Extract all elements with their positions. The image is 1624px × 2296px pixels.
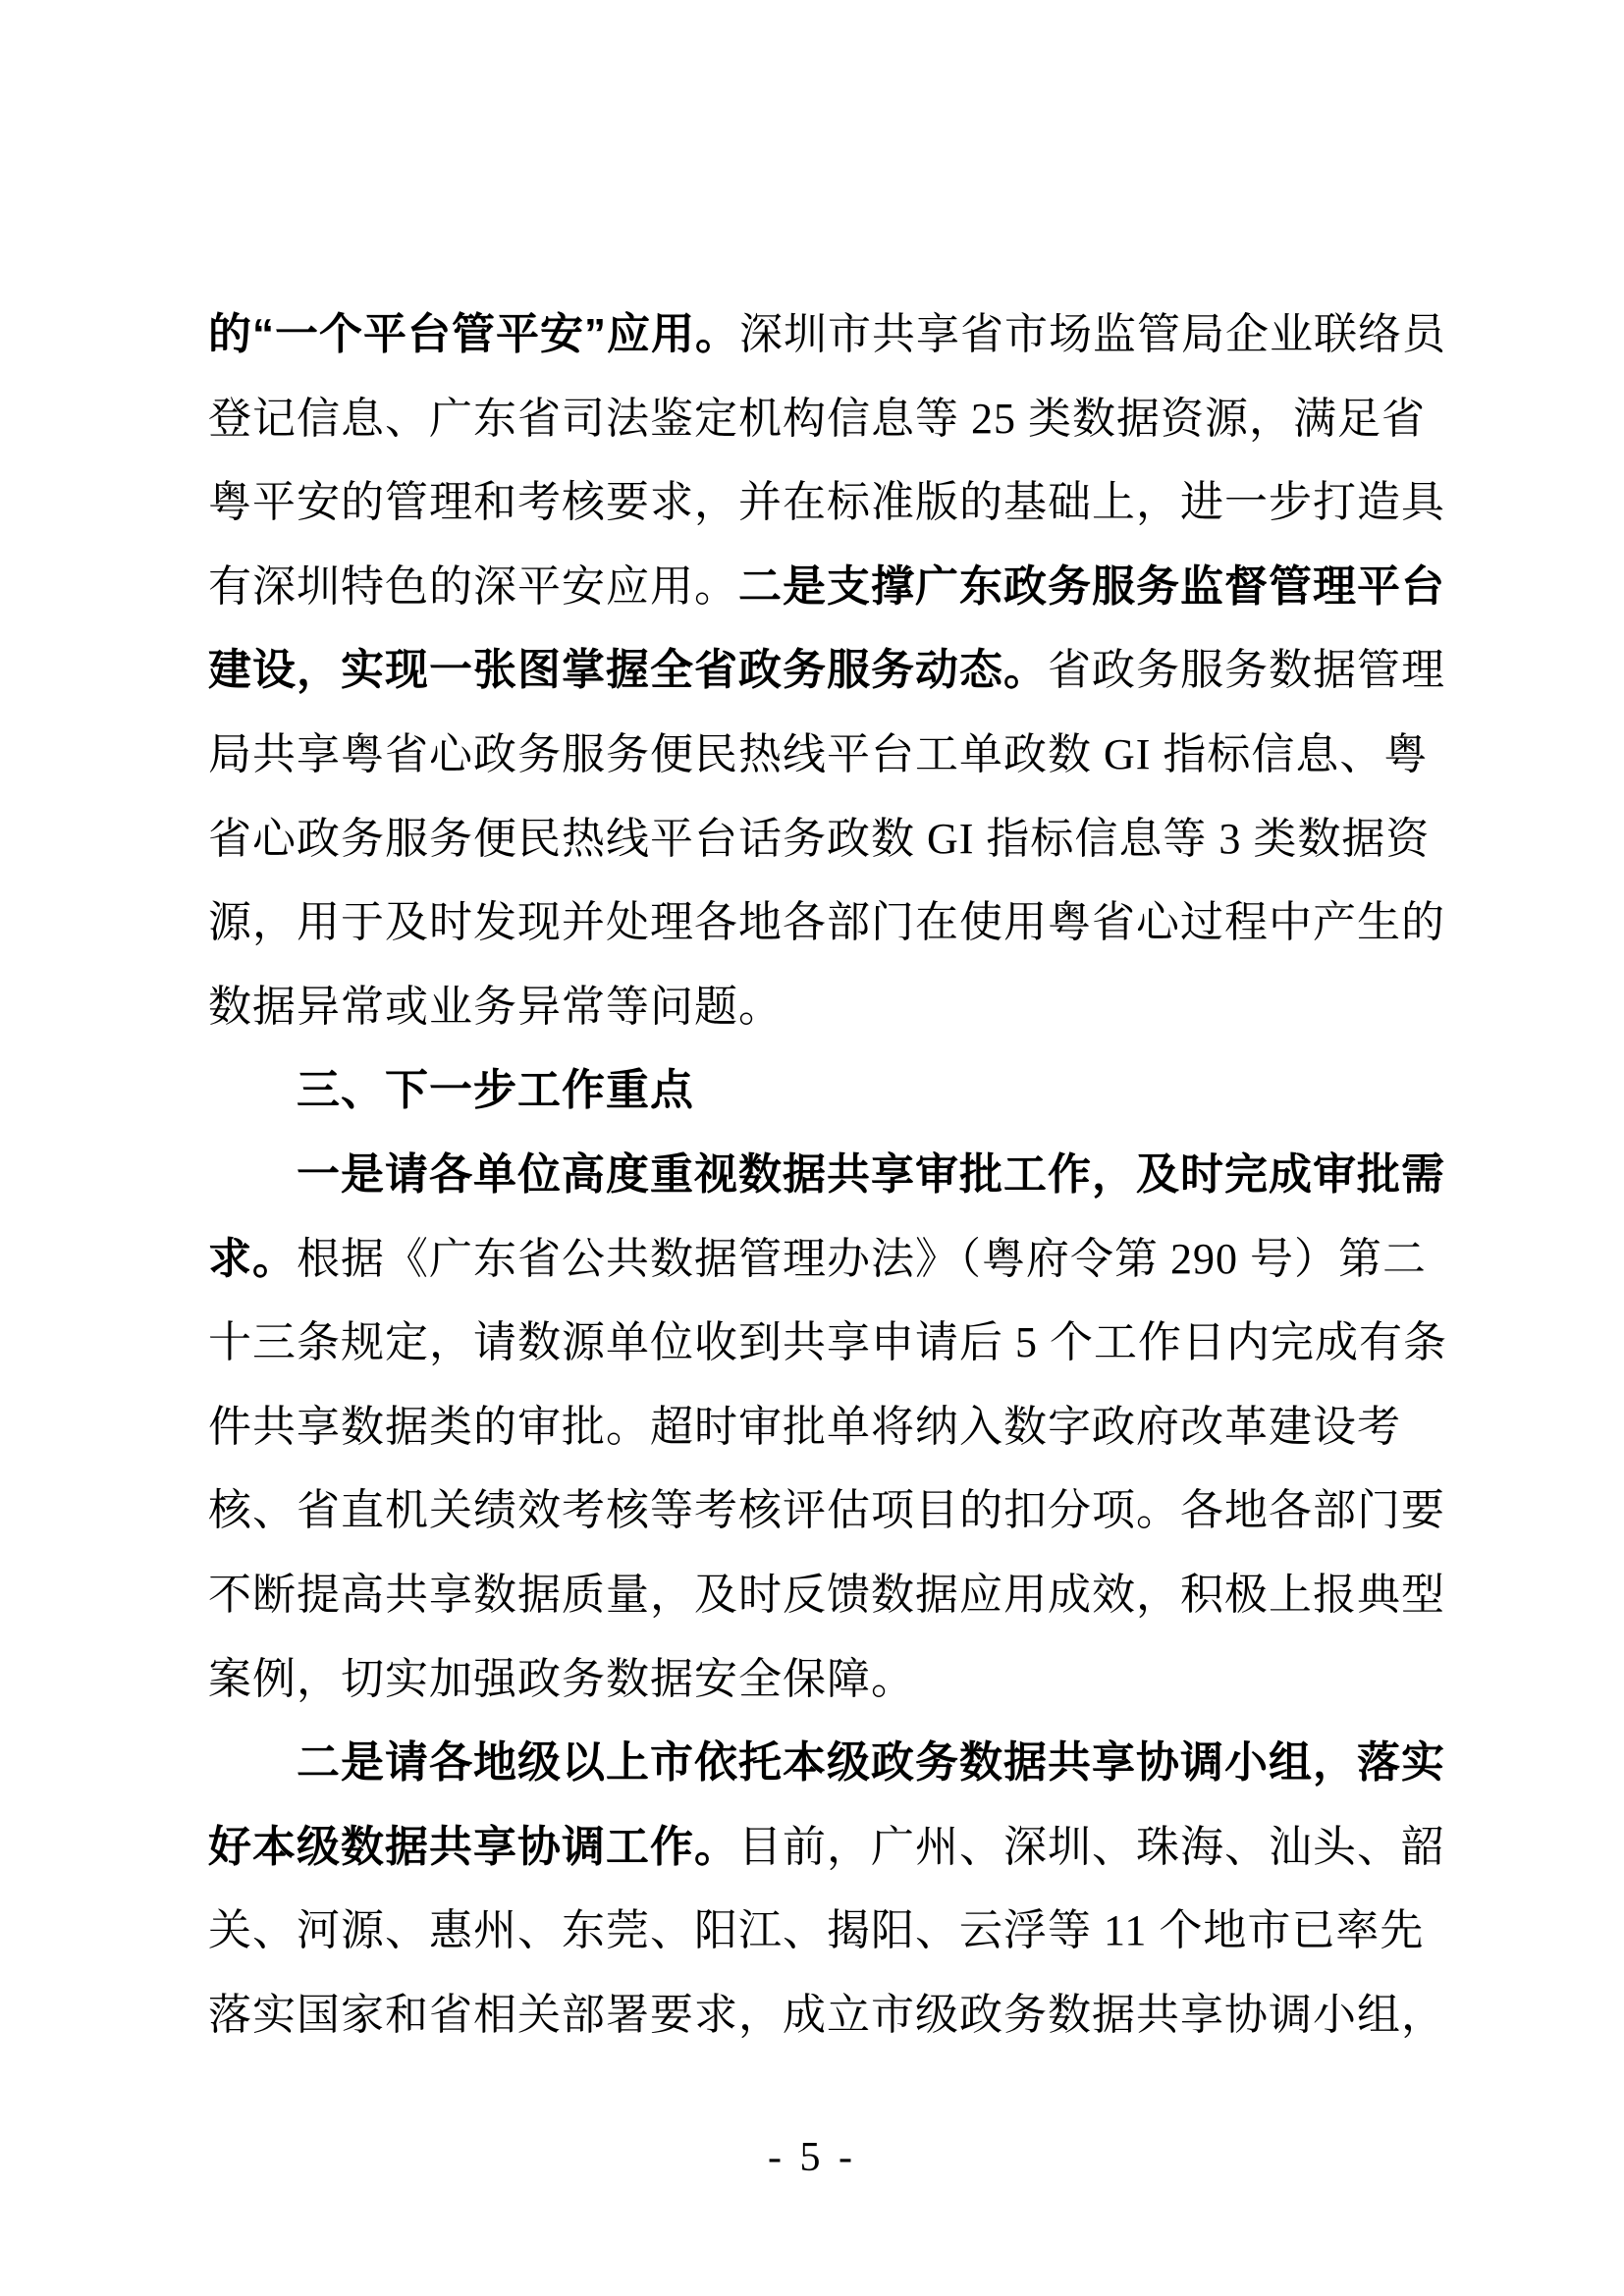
text-line: 案例，切实加强政务数据安全保障。 <box>208 1637 1420 1722</box>
text-line: 粤平安的管理和考核要求，并在标准版的基础上，进一步打造具 <box>208 460 1420 545</box>
section-heading: 三、下一步工作重点 <box>208 1048 1420 1133</box>
text-segment: 目前，广州、深圳、珠海、汕头、韶 <box>738 1823 1445 1871</box>
text-segment: 粤平安的管理和考核要求，并在标准版的基础上，进一步打造具 <box>208 478 1445 526</box>
document-body: 的“一个平台管平安”应用。深圳市共享省市场监管局企业联络员 登记信息、广东省司法… <box>208 293 1420 2056</box>
text-segment: 源，用于及时发现并处理各地各部门在使用粤省心过程中产生的 <box>208 898 1445 946</box>
bold-text-segment: 二是请各地级以上市依托本级政务数据共享协调小组，落实 <box>297 1738 1445 1787</box>
document-page: 的“一个平台管平安”应用。深圳市共享省市场监管局企业联络员 登记信息、广东省司法… <box>0 0 1624 2296</box>
text-line: 一是请各单位高度重视数据共享审批工作，及时完成审批需 <box>208 1133 1420 1217</box>
bold-text-segment: 一是请各单位高度重视数据共享审批工作，及时完成审批需 <box>297 1150 1445 1199</box>
bold-text-segment: 求。 <box>208 1235 297 1283</box>
text-line: 省心政务服务便民热线平台话务政数 GI 指标信息等 3 类数据资 <box>208 797 1420 881</box>
bold-text-segment: 的“一个平台管平安”应用。 <box>208 310 739 358</box>
text-segment: 根据《广东省公共数据管理办法》（粤府令第 290 号）第二 <box>297 1235 1427 1283</box>
text-line: 核、省直机关绩效考核等考核评估项目的扣分项。各地各部门要 <box>208 1468 1420 1553</box>
text-segment: 数据异常或业务异常等问题。 <box>208 983 783 1031</box>
page-number: - 5 - <box>0 2128 1624 2187</box>
text-segment: 有深圳特色的深平安应用。 <box>208 562 738 611</box>
text-line: 十三条规定，请数源单位收到共享申请后 5 个工作日内完成有条 <box>208 1301 1420 1385</box>
text-line: 登记信息、广东省司法鉴定机构信息等 25 类数据资源，满足省 <box>208 377 1420 461</box>
text-segment: 省心政务服务便民热线平台话务政数 GI 指标信息等 3 类数据资 <box>208 815 1430 863</box>
text-segment: 落实国家和省相关部署要求，成立市级政务数据共享协调小组， <box>208 1991 1445 2039</box>
text-segment: 关、河源、惠州、东莞、阳江、揭阳、云浮等 11 个地市已率先 <box>208 1906 1424 1954</box>
text-line: 关、河源、惠州、东莞、阳江、揭阳、云浮等 11 个地市已率先 <box>208 1889 1420 1973</box>
text-segment: 深圳市共享省市场监管局企业联络员 <box>739 310 1446 358</box>
text-line: 件共享数据类的审批。超时审批单将纳入数字政府改革建设考 <box>208 1385 1420 1469</box>
text-line: 落实国家和省相关部署要求，成立市级政务数据共享协调小组， <box>208 1973 1420 2057</box>
text-segment: 件共享数据类的审批。超时审批单将纳入数字政府改革建设考 <box>208 1403 1401 1451</box>
text-line: 建设，实现一张图掌握全省政务服务动态。省政务服务数据管理 <box>208 628 1420 713</box>
text-segment: 核、省直机关绩效考核等考核评估项目的扣分项。各地各部门要 <box>208 1486 1445 1534</box>
bold-text-segment: 好本级数据共享协调工作。 <box>208 1823 738 1871</box>
text-line: 源，用于及时发现并处理各地各部门在使用粤省心过程中产生的 <box>208 881 1420 965</box>
heading-text: 三、下一步工作重点 <box>297 1066 694 1114</box>
bold-text-segment: 二是支撑广东政务服务监督管理平台 <box>738 562 1445 611</box>
text-segment: 十三条规定，请数源单位收到共享申请后 5 个工作日内完成有条 <box>208 1318 1447 1366</box>
text-line: 的“一个平台管平安”应用。深圳市共享省市场监管局企业联络员 <box>208 293 1420 377</box>
text-segment: 案例，切实加强政务数据安全保障。 <box>208 1655 915 1703</box>
text-segment: 不断提高共享数据质量，及时反馈数据应用成效，积极上报典型 <box>208 1571 1445 1619</box>
text-line: 不断提高共享数据质量，及时反馈数据应用成效，积极上报典型 <box>208 1553 1420 1637</box>
text-segment: 省政务服务数据管理 <box>1048 646 1445 694</box>
text-line: 好本级数据共享协调工作。目前，广州、深圳、珠海、汕头、韶 <box>208 1805 1420 1890</box>
text-line: 二是请各地级以上市依托本级政务数据共享协调小组，落实 <box>208 1721 1420 1805</box>
text-line: 求。根据《广东省公共数据管理办法》（粤府令第 290 号）第二 <box>208 1217 1420 1302</box>
text-segment: 局共享粤省心政务服务便民热线平台工单政数 GI 指标信息、粤 <box>208 730 1428 778</box>
text-line: 有深圳特色的深平安应用。二是支撑广东政务服务监督管理平台 <box>208 545 1420 629</box>
bold-text-segment: 建设，实现一张图掌握全省政务服务动态。 <box>208 646 1048 694</box>
text-segment: 登记信息、广东省司法鉴定机构信息等 25 类数据资源，满足省 <box>208 395 1426 443</box>
text-line: 数据异常或业务异常等问题。 <box>208 965 1420 1049</box>
text-line: 局共享粤省心政务服务便民热线平台工单政数 GI 指标信息、粤 <box>208 713 1420 797</box>
